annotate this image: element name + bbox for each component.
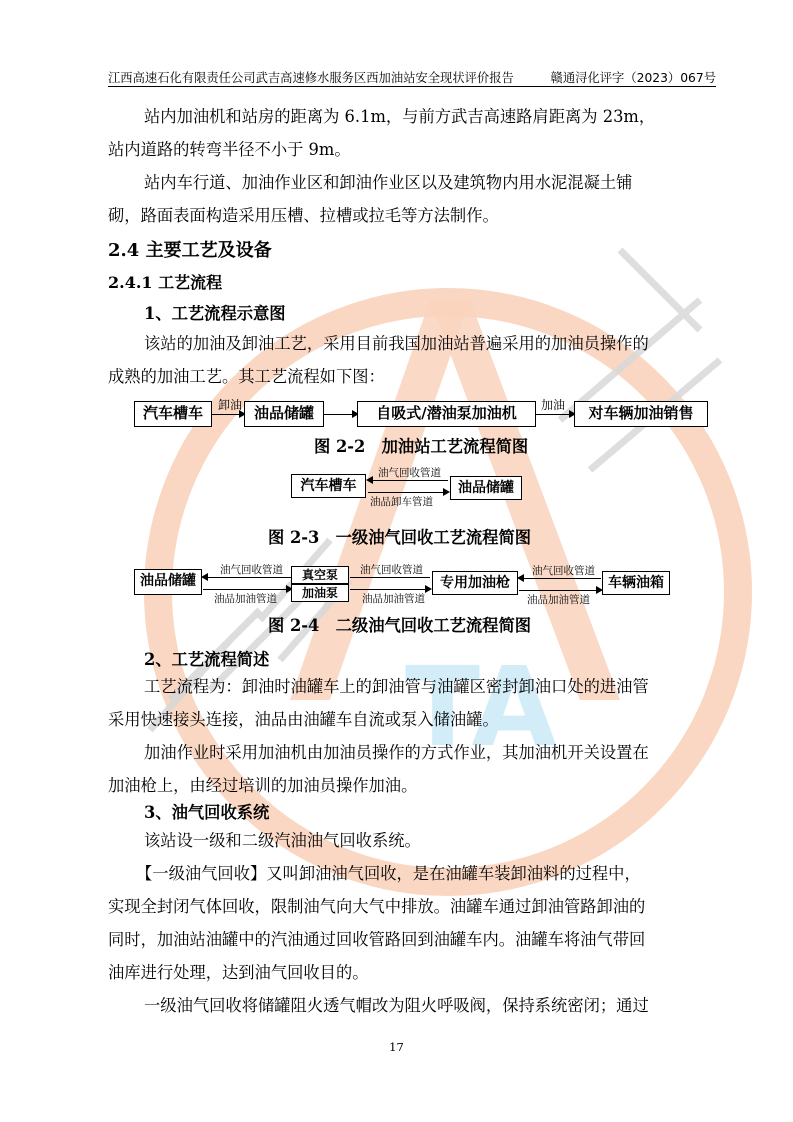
arrow-label: 加油 <box>541 396 565 413</box>
arrow-right-icon <box>536 414 574 415</box>
document-page: 江西高速石化有限责任公司武吉高速修水服务区西加油站安全现状评价报告 赣通浔化评字… <box>0 0 793 1122</box>
arrow-left-icon <box>519 578 601 579</box>
arrow-right-icon <box>519 590 601 591</box>
paragraph-continuation: 成熟的加油工艺。其工艺流程如下图： <box>108 360 718 393</box>
arrow-right-icon <box>212 414 244 415</box>
item-heading: 1、工艺流程示意图 <box>144 300 286 324</box>
flow-box: 自吸式/潜油泵加油机 <box>357 401 536 427</box>
pipe-label: 油气回收管道 <box>378 465 441 480</box>
flow-box: 油品储罐 <box>450 476 522 500</box>
paragraph-continuation: 加油枪上，由经过培训的加油员操作加油。 <box>108 769 718 802</box>
flow-box: 对车辆加油销售 <box>574 401 708 427</box>
pipe-label: 油品加油管道 <box>362 591 425 606</box>
page-number: 17 <box>0 1040 793 1054</box>
item-heading: 2、工艺流程简述 <box>144 646 269 670</box>
paragraph-continuation: 同时，加油站油罐中的汽油通过回收管路回到油罐车内。油罐车将油气带回 <box>108 923 718 956</box>
flow-box: 车辆油箱 <box>602 571 670 595</box>
paragraph: 站内车行道、加油作业区和卸油作业区以及建筑物内用水泥混凝土铺 <box>108 166 718 199</box>
pipe-label: 油气回收管道 <box>532 563 595 578</box>
flow-box: 加油泵 <box>291 584 349 602</box>
flow-box: 汽车槽车 <box>134 401 212 427</box>
pipe-label: 油气回收管道 <box>360 562 423 577</box>
pipe-label: 油气回收管道 <box>220 562 283 577</box>
paragraph: 站内加油机和站房的距离为 6.1m，与前方武吉高速路肩距离为 23m， <box>108 100 718 133</box>
flow-box: 真空泵 <box>291 566 349 584</box>
item-heading: 3、油气回收系统 <box>144 799 269 823</box>
arrow-right-icon <box>350 589 430 590</box>
paragraph-continuation: 砌，路面表面构造采用压槽、拉槽或拉毛等方法制作。 <box>108 199 718 232</box>
pipe-line <box>350 577 430 578</box>
arrow-label: 卸油 <box>218 396 242 413</box>
flow-box: 专用加油枪 <box>432 571 518 595</box>
arrow-right-icon <box>368 492 448 493</box>
figure-caption: 图 2-4 二级油气回收工艺流程简图 <box>268 612 531 636</box>
pipe-label: 油品卸车管道 <box>370 494 433 509</box>
paragraph-continuation: 站内道路的转弯半径不小于 9m。 <box>108 133 718 166</box>
pipe-label: 油品加油管道 <box>214 591 277 606</box>
section-heading: 2.4 主要工艺及设备 <box>108 236 272 262</box>
paragraph: 一级油气回收将储罐阻火透气帽改为阻火呼吸阀，保持系统密闭；通过 <box>108 989 718 1022</box>
pipe-label: 油品加油管道 <box>527 592 590 607</box>
paragraph: 该站的加油及卸油工艺，采用目前我国加油站普遍采用的加油员操作的 <box>108 327 718 360</box>
flow-box: 汽车槽车 <box>291 474 366 498</box>
report-title: 江西高速石化有限责任公司武吉高速修水服务区西加油站安全现状评价报告 <box>108 68 514 86</box>
arrow-left-icon <box>368 480 448 481</box>
arrow-right-icon <box>203 589 291 590</box>
subsection-heading: 2.4.1 工艺流程 <box>108 270 222 293</box>
paragraph: 【一级油气回收】又叫卸油油气回收，是在油罐车装卸油料的过程中， <box>108 857 718 890</box>
page-header: 江西高速石化有限责任公司武吉高速修水服务区西加油站安全现状评价报告 赣通浔化评字… <box>108 68 716 87</box>
flow-box: 油品储罐 <box>244 401 324 427</box>
figure-caption: 图 2-3 一级油气回收工艺流程简图 <box>268 524 531 548</box>
paragraph: 该站设一级和二级汽油油气回收系统。 <box>108 824 718 857</box>
paragraph-continuation: 油库进行处理，达到油气回收目的。 <box>108 956 718 989</box>
arrow-right-icon <box>324 414 357 415</box>
paragraph-continuation: 实现全封闭气体回收，限制油气向大气中排放。油罐车通过卸油管路卸油的 <box>108 890 718 923</box>
figure-caption: 图 2-2 加油站工艺流程简图 <box>314 433 528 457</box>
paragraph: 工艺流程为：卸油时油罐车上的卸油管与油罐区密封卸油口处的进油管 <box>108 670 718 703</box>
report-number: 赣通浔化评字（2023）067号 <box>551 68 716 86</box>
paragraph-continuation: 采用快速接头连接，油品由油罐车自流或泵入储油罐。 <box>108 703 718 736</box>
arrow-left-icon <box>203 577 291 578</box>
flow-box: 油品储罐 <box>134 569 202 595</box>
paragraph: 加油作业时采用加油机由加油员操作的方式作业，其加油机开关设置在 <box>108 736 718 769</box>
